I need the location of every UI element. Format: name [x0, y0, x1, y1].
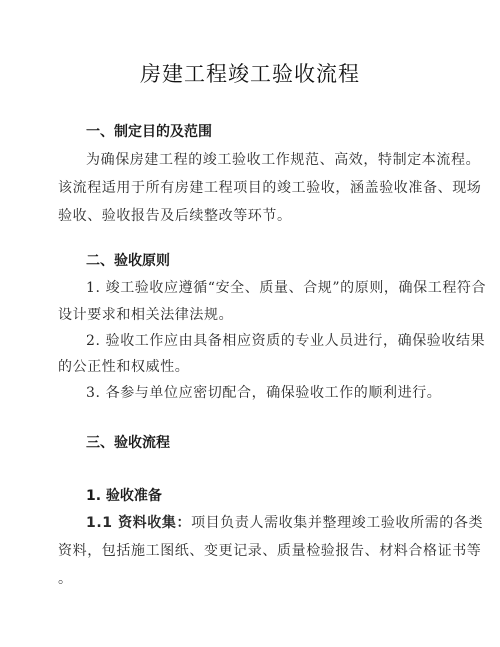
subitem-line: 1.1 资料收集：项目负责人需收集并整理竣工验收所需的各类: [86, 512, 483, 532]
document-title: 房建工程竣工验收流程: [0, 58, 500, 88]
section-heading-principles: 二、验收原则: [86, 250, 170, 270]
section-heading-purpose-scope: 一、制定目的及范围: [86, 121, 212, 141]
subsection-heading-preparation: 1. 验收准备: [86, 485, 162, 505]
principle-item-3-line: 3. 各参与单位应密切配合，确保验收工作的顺利进行。: [86, 382, 441, 402]
subitem-text: 项目负责人需收集并整理竣工验收所需的各类: [191, 515, 483, 531]
paragraph-line: 为确保房建工程的竣工验收工作规范、高效，特制定本流程。: [86, 149, 480, 169]
principle-item-1-line: 1. 竣工验收应遵循“安全、质量、合规”的原则，确保工程符合: [86, 277, 486, 297]
paragraph-line: 验收、验收报告及后续整改等环节。: [58, 205, 292, 225]
principle-item-2-line: 的公正性和权威性。: [58, 356, 189, 376]
subitem-line: 。: [58, 568, 73, 588]
subitem-line: 资料，包括施工图纸、变更记录、质量检验报告、材料合格证书等: [58, 540, 481, 560]
principle-item-2-line: 2. 验收工作应由具备相应资质的专业人员进行，确保验收结果: [86, 330, 485, 350]
document-page: 房建工程竣工验收流程 一、制定目的及范围 为确保房建工程的竣工验收工作规范、高效…: [0, 0, 500, 647]
principle-item-1-line: 设计要求和相关法律法规。: [58, 304, 233, 324]
paragraph-line: 该流程适用于所有房建工程项目的竣工验收，涵盖验收准备、现场: [58, 177, 481, 197]
subitem-label-document-collection: 1.1 资料收集：: [86, 515, 191, 531]
section-heading-process: 三、验收流程: [86, 432, 170, 452]
